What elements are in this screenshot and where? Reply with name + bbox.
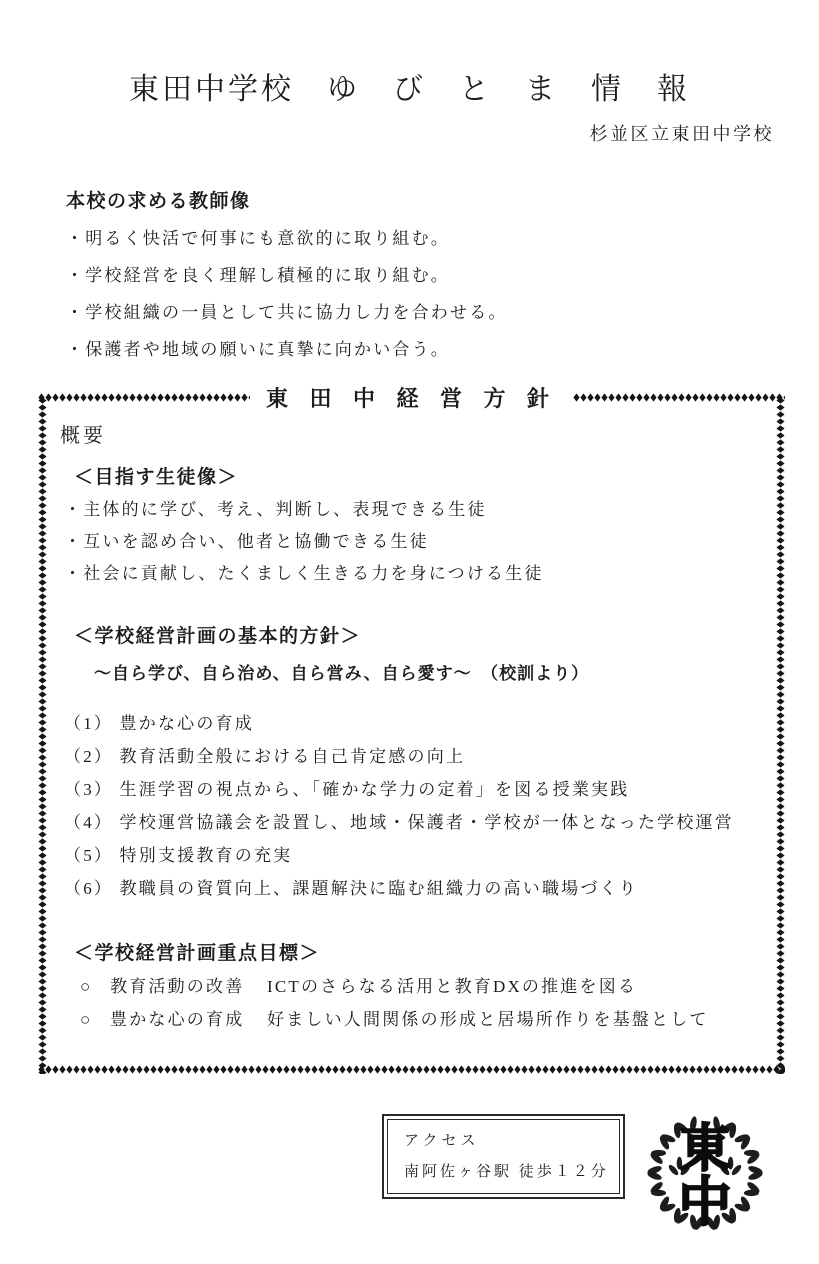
student-ideal-item: ・社会に貢献し、たくましく生きる力を身につける生徒 [64,562,755,585]
basic-policy-item: （5） 特別支援教育の充実 [64,844,755,867]
zigzag-border-top-right [573,393,785,402]
basic-policy-item: （6） 教職員の資質向上、課題解決に臨む組織力の高い職場づくり [64,877,755,900]
zigzag-border-bottom [38,1065,785,1074]
priority-goal-row: ○ 教育活動の改善 ICTのさらなる活用と教育DXの推進を図る [80,975,755,998]
teacher-ideal-item: ・明るく快活で何事にも意欲的に取り組む。 [66,227,819,250]
page-title: 東田中学校 ゆ び と ま 情 報 [0,64,819,108]
policy-box: 東 田 中 経 営 方 針 [38,381,785,1074]
policy-box-header: 東 田 中 経 営 方 針 [38,381,785,413]
policy-box-title: 東 田 中 経 営 方 針 [260,382,563,413]
goal-label: 豊かな心の育成 [110,1008,267,1031]
student-ideal-item: ・互いを認め合い、他者と協働できる生徒 [64,530,755,553]
basic-policy-list: （1） 豊かな心の育成 （2） 教育活動全般における自己肯定感の向上 （3） 生… [60,712,755,900]
document-page: 東田中学校 ゆ び と ま 情 報 杉並区立東田中学校 本校の求める教師像 ・明… [0,64,819,1232]
basic-policy-item: （3） 生涯学習の視点から、「確かな学力の定着」を図る授業実践 [64,778,755,801]
goal-circle-marker: ○ [80,1008,110,1031]
basic-policy-item: （4） 学校運営協議会を設置し、地域・保護者・学校が一体となった学校運営 [64,811,755,834]
emblem-bottom-char: 中 [678,1173,731,1232]
goal-description: 好ましい人間関係の形成と居場所作りを基盤として [267,1008,755,1031]
school-motto: ～自ら学び、自ら治め、自ら営み、自ら愛す～ （校訓より） [94,659,755,684]
zigzag-border-left [38,397,47,1074]
priority-goals-heading: ＜学校経営計画重点目標＞ [74,938,755,965]
teacher-ideal-heading: 本校の求める教師像 [66,186,819,213]
overview-label: 概要 [60,419,755,448]
basic-policy-item: （1） 豊かな心の育成 [64,712,755,735]
goal-description: ICTのさらなる活用と教育DXの推進を図る [267,975,755,998]
teacher-ideal-item: ・学校組織の一員として共に協力し力を合わせる。 [66,301,819,324]
zigzag-border-top-left [38,393,250,402]
teacher-ideal-section: 本校の求める教師像 ・明るく快活で何事にも意欲的に取り組む。 ・学校経営を良く理… [66,186,819,361]
bottom-row: アクセス 南阿佐ヶ谷駅 徒歩１２分 [0,1110,819,1232]
access-detail: 南阿佐ヶ谷駅 徒歩１２分 [404,1160,611,1181]
emblem-top-char: 東 [679,1120,730,1177]
priority-goal-row: ○ 豊かな心の育成 好ましい人間関係の形成と居場所作りを基盤として [80,1008,755,1031]
basic-policy-heading: ＜学校経営計画の基本的方針＞ [74,621,755,648]
teacher-ideal-item: ・保護者や地域の願いに真摯に向かい合う。 [66,338,819,361]
access-title: アクセス [404,1129,611,1150]
access-box-inner: アクセス 南阿佐ヶ谷駅 徒歩１２分 [387,1119,620,1194]
access-box: アクセス 南阿佐ヶ谷駅 徒歩１２分 [382,1114,625,1199]
student-ideal-heading: ＜目指す生徒像＞ [74,462,755,489]
school-emblem: 東 中 [635,1110,775,1232]
goal-circle-marker: ○ [80,975,110,998]
student-ideal-item: ・主体的に学び、考え、判断し、表現できる生徒 [64,498,755,521]
basic-policy-item: （2） 教育活動全般における自己肯定感の向上 [64,745,755,768]
teacher-ideal-item: ・学校経営を良く理解し積極的に取り組む。 [66,264,819,287]
page-subtitle: 杉並区立東田中学校 [0,120,774,146]
zigzag-border-right [776,397,785,1074]
policy-box-content: 概要 ＜目指す生徒像＞ ・主体的に学び、考え、判断し、表現できる生徒 ・互いを認… [38,413,785,1051]
goal-label: 教育活動の改善 [110,975,267,998]
